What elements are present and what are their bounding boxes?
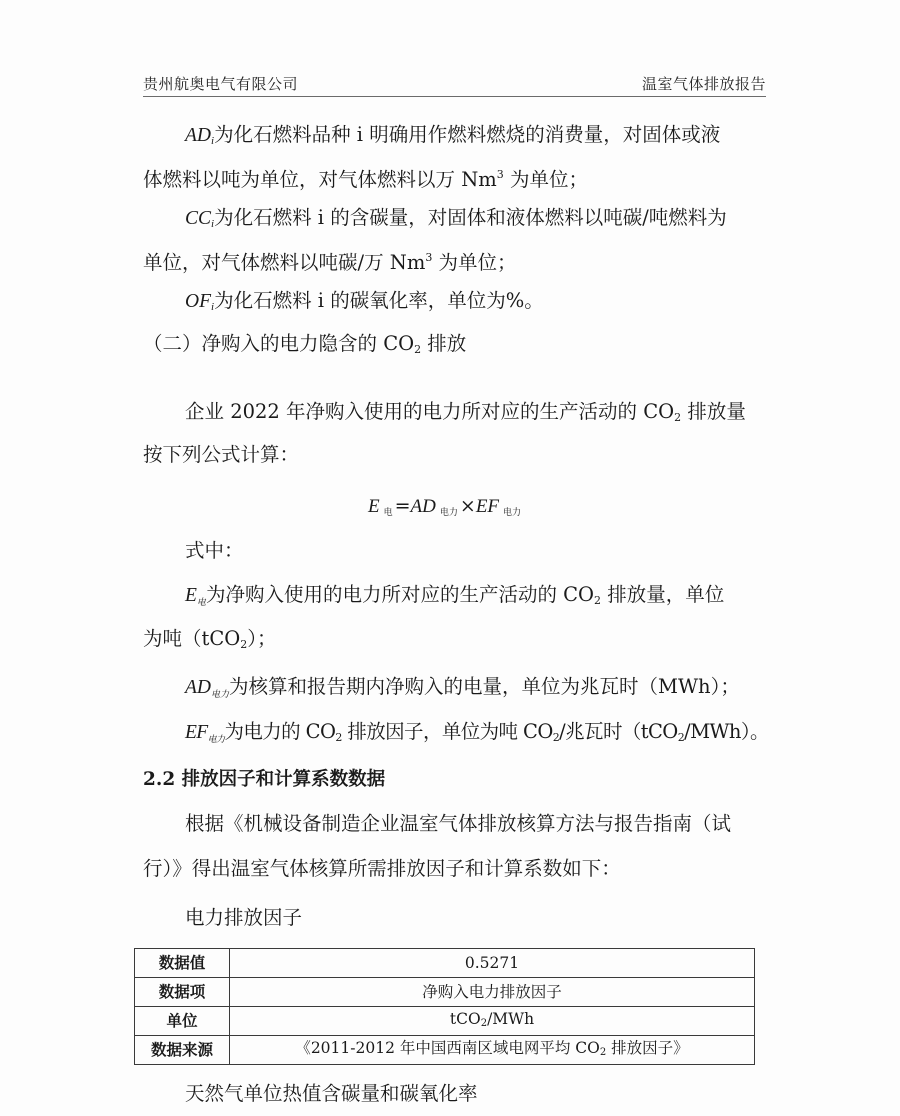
electricity-factor-table: 数据值 0.5271 数据项 净购入电力排放因子 单位 tCO2/MWh 数据来… [134, 948, 755, 1065]
definition-ad-line1: ADi为化石燃料品种 i 明确用作燃料燃烧的消费量，对固体或液 [185, 123, 768, 153]
table-row: 单位 tCO2/MWh [135, 1007, 755, 1036]
definition-e-line2: 为吨（tCO2）； [143, 627, 768, 657]
table-caption-electricity-factor: 电力排放因子 [185, 906, 768, 930]
table-caption-natural-gas: 天然气单位热值含碳量和碳氧化率 [185, 1082, 768, 1106]
section-heading-2-2: 2.2 排放因子和计算系数数据 [143, 768, 768, 792]
electricity-para-line2: 按下列公式计算： [143, 443, 768, 467]
section-2-2-para-line2: 行）》得出温室气体核算所需排放因子和计算系数如下： [143, 857, 768, 881]
table-row: 数据值 0.5271 [135, 949, 755, 978]
report-title: 温室气体排放报告 [642, 74, 766, 94]
definition-ad-line2: 体燃料以吨为单位，对气体燃料以万 Nm3 为单位； [143, 163, 768, 192]
definition-ef-electricity: EF电力为电力的 CO2 排放因子，单位为吨 CO2/兆瓦时（tCO2/MWh）… [185, 720, 768, 752]
row-value: tCO2/MWh [230, 1007, 755, 1036]
definition-of: OFi为化石燃料 i 的碳氧化率，单位为%。 [185, 289, 768, 319]
row-label: 数据值 [135, 949, 230, 978]
company-name: 贵州航奥电气有限公司 [143, 74, 298, 94]
section-heading-electricity: （二）净购入的电力隐含的 CO2 排放 [143, 332, 768, 362]
document-page: 贵州航奥电气有限公司 温室气体排放报告 ADi为化石燃料品种 i 明确用作燃料燃… [0, 0, 900, 1116]
row-label: 数据项 [135, 978, 230, 1007]
section-2-2-para-line1: 根据《机械设备制造企业温室气体排放核算方法与报告指南（试 [185, 812, 768, 836]
row-label: 单位 [135, 1007, 230, 1036]
definition-ad-electricity: AD电力为核算和报告期内净购入的电量，单位为兆瓦时（MWh）； [185, 675, 768, 707]
table-row: 数据来源 《2011-2012 年中国西南区域电网平均 CO2 排放因子》 [135, 1036, 755, 1065]
definition-cc-line2: 单位，对气体燃料以吨碳/万 Nm3 为单位； [143, 246, 768, 275]
definition-cc-line1: CCi为化石燃料 i 的含碳量，对固体和液体燃料以吨碳/吨燃料为 [185, 206, 768, 236]
row-value: 《2011-2012 年中国西南区域电网平均 CO2 排放因子》 [230, 1036, 755, 1065]
running-header: 贵州航奥电气有限公司 温室气体排放报告 [143, 74, 766, 97]
electricity-emission-formula: E电=AD电力×EF电力 [368, 494, 523, 525]
definition-e-line1: E电为净购入使用的电力所对应的生产活动的 CO2 排放量，单位 [185, 583, 768, 615]
table-row: 数据项 净购入电力排放因子 [135, 978, 755, 1007]
row-label: 数据来源 [135, 1036, 230, 1065]
where-label: 式中： [185, 539, 768, 563]
electricity-para-line1: 企业 2022 年净购入使用的电力所对应的生产活动的 CO2 排放量 [185, 400, 768, 430]
row-value: 净购入电力排放因子 [230, 978, 755, 1007]
row-value: 0.5271 [230, 949, 755, 978]
